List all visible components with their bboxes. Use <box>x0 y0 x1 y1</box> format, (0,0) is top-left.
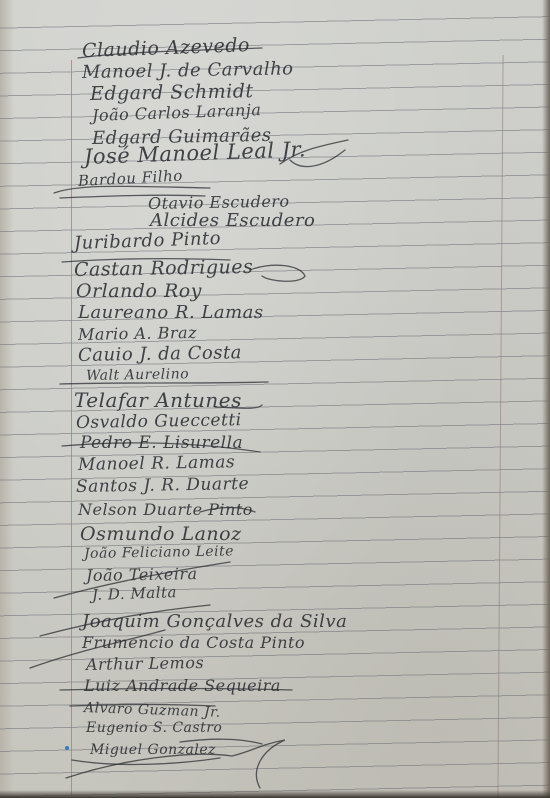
signature: Telafar Antunes <box>74 388 242 412</box>
signature: Luiz Andrade Sequeira <box>84 676 281 695</box>
signature: João Feliciano Leite <box>84 543 234 562</box>
signature: Bardou Filho <box>78 167 184 190</box>
signature: Manoel J. de Carvalho <box>82 58 294 83</box>
signature: Arthur Lemos <box>86 653 204 674</box>
signature: Joaquim Gonçalves da Silva <box>82 611 347 632</box>
signature: Cauio J. da Costa <box>78 342 242 366</box>
page-right-edge <box>542 0 550 798</box>
signature: Laureano R. Lamas <box>78 302 264 323</box>
signature: Orlando Roy <box>76 280 202 302</box>
signature: Eugenio S. Castro <box>86 720 222 736</box>
signature: Mario A. Braz <box>78 323 197 344</box>
signature: Osmundo Lanoz <box>80 523 242 545</box>
signature: Santos J. R. Duarte <box>76 474 249 497</box>
signature: Claudio Azevedo <box>82 34 251 62</box>
signature: João Teixeira <box>86 564 198 585</box>
ledger-page: Claudio Azevedo Manoel J. de Carvalho Ed… <box>0 0 550 798</box>
signature-list: Claudio Azevedo Manoel J. de Carvalho Ed… <box>0 0 550 798</box>
signature: Castan Rodrigues <box>74 256 254 281</box>
signature: Osvaldo Gueccetti <box>76 410 242 433</box>
signature: Alcides Escudero <box>150 210 315 231</box>
signature: Nelson Duarte Pinto <box>78 500 253 519</box>
signature: Frumencio da Costa Pinto <box>82 633 305 652</box>
signature: Juribardo Pinto <box>74 228 222 254</box>
signature: Walt Aurelino <box>86 366 189 384</box>
signature: Pedro E. Lisurella <box>80 433 243 453</box>
blue-ink-dot <box>65 746 69 750</box>
signature: J. D. Malta <box>92 583 178 604</box>
signature: Alvaro Guzman Jr. <box>84 700 221 721</box>
signature: Manoel R. Lamas <box>78 452 235 475</box>
page-bottom-edge <box>0 790 550 798</box>
signature: Miguel Gonzalez <box>90 742 216 758</box>
